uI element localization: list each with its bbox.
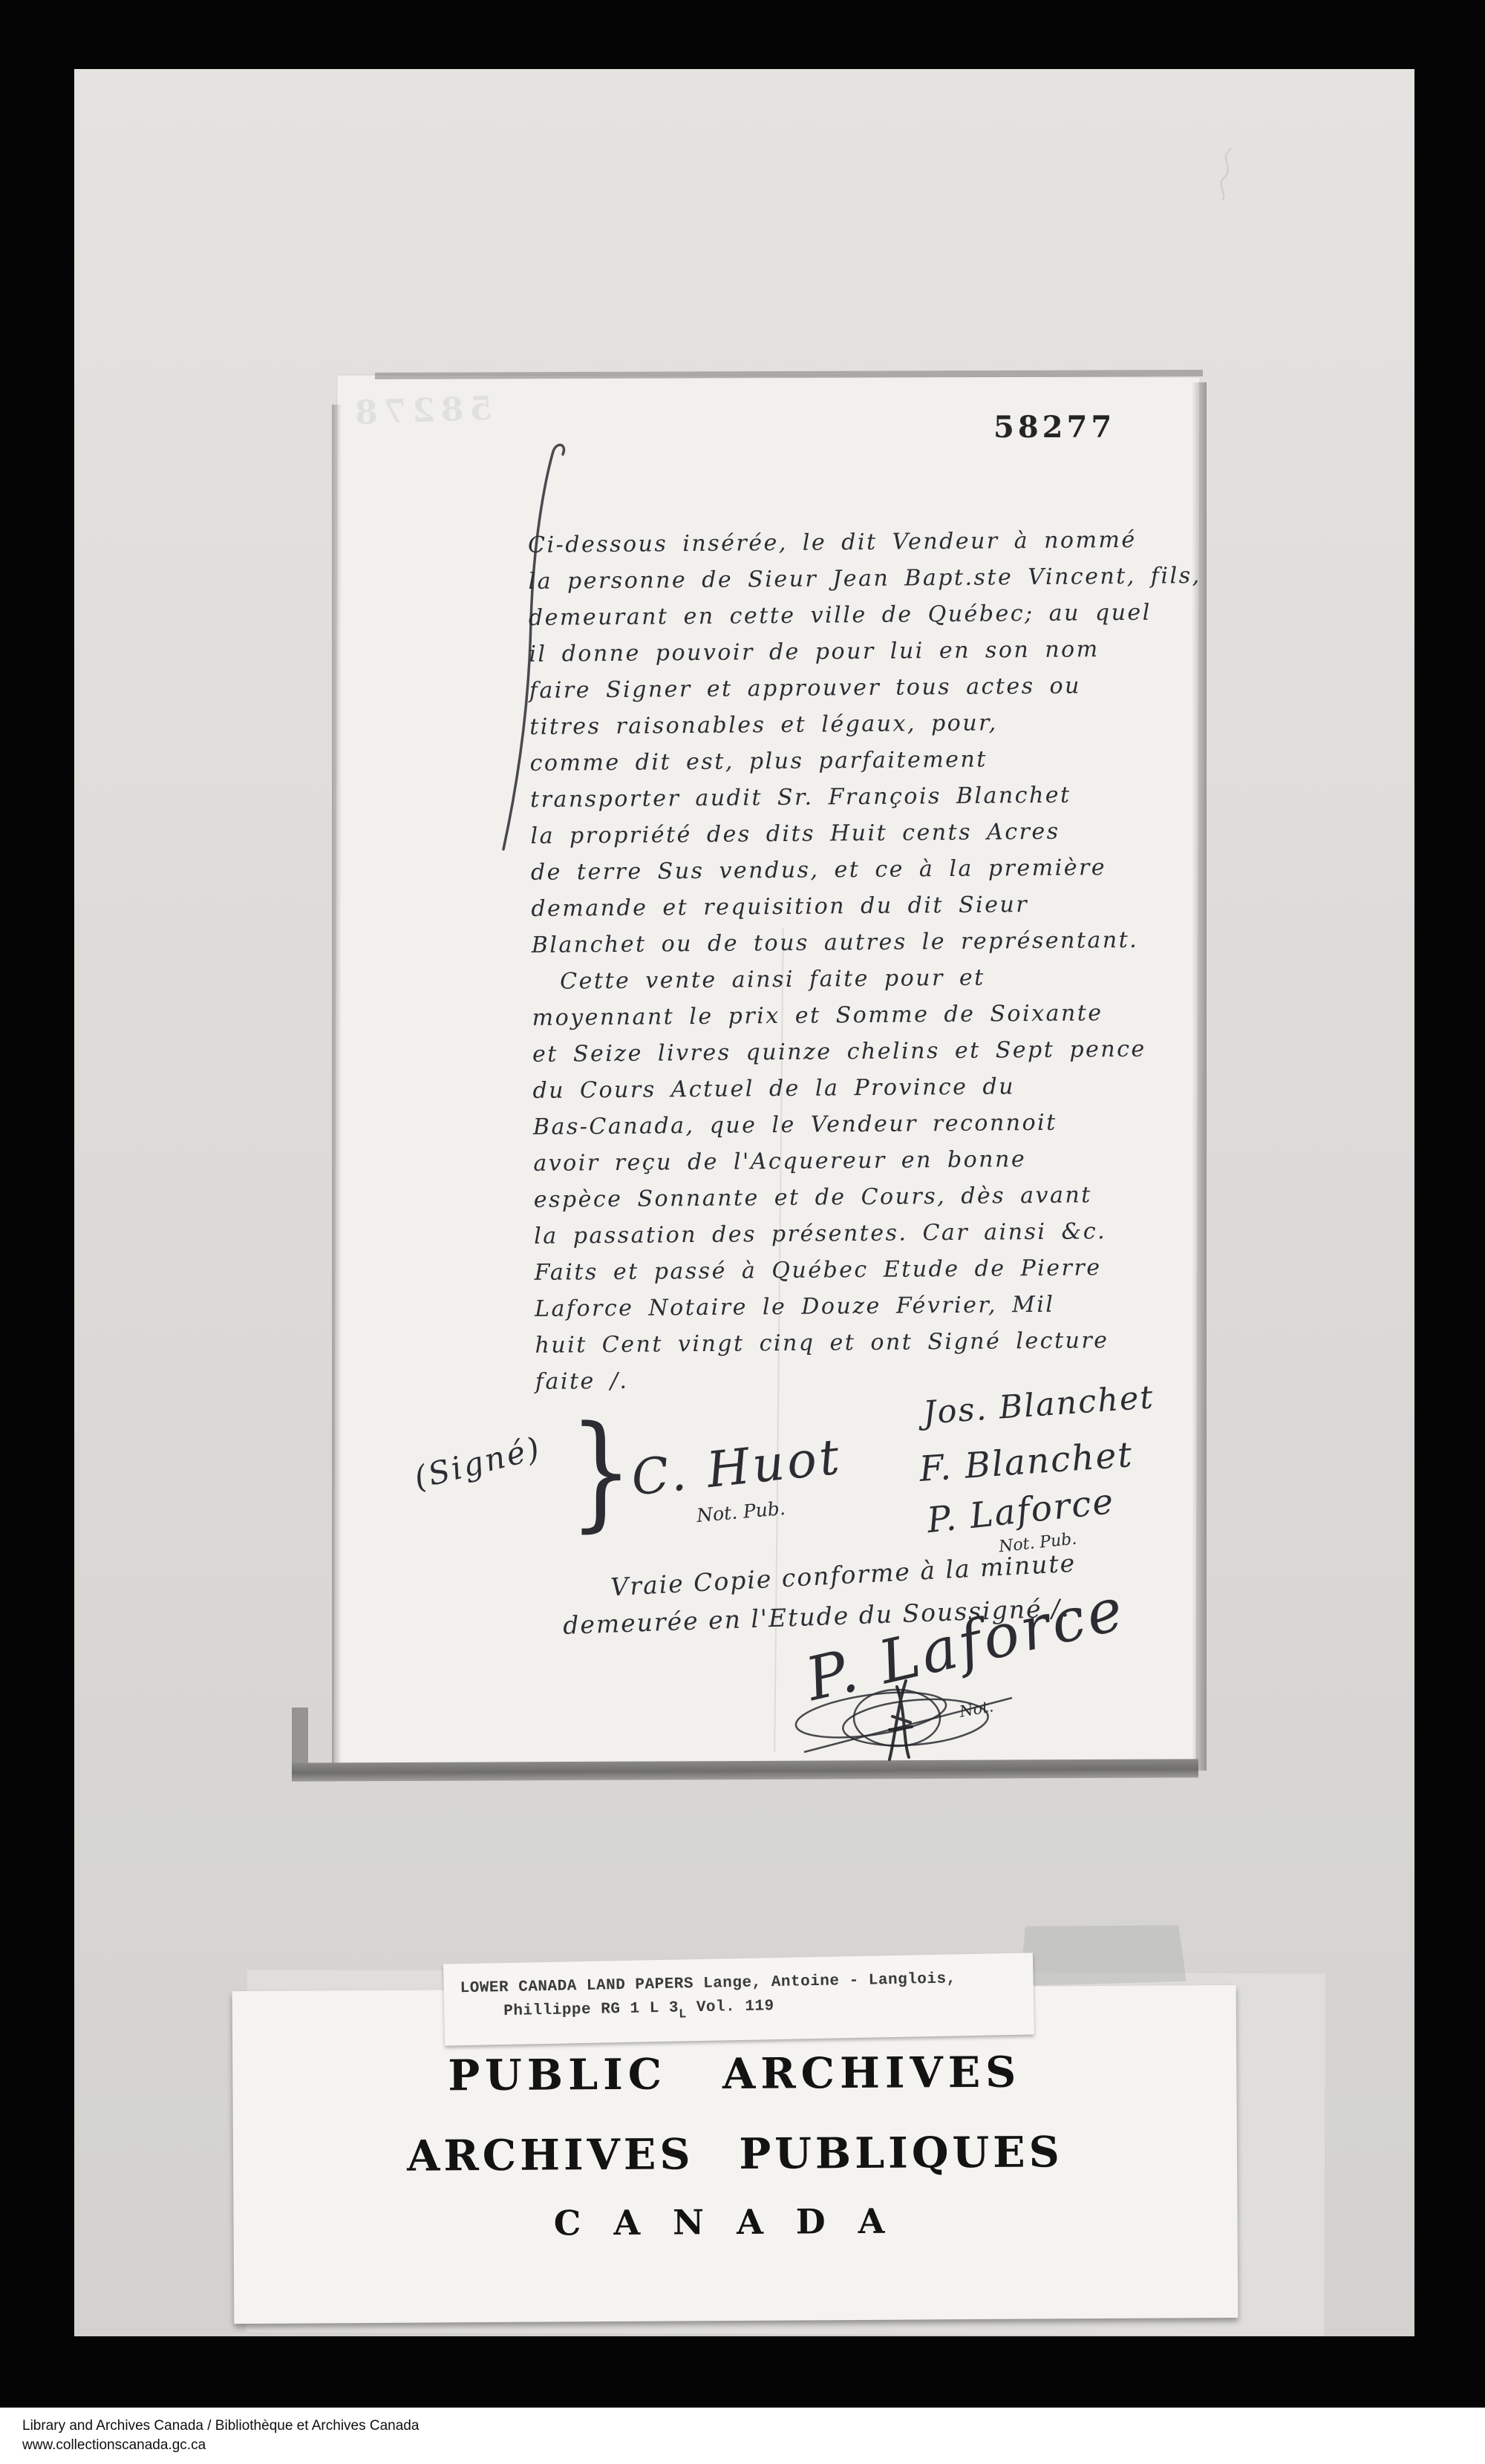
manuscript-line: moyennant le prix et Somme de Soixante [532,994,1200,1036]
ghost-number: 58278 [348,390,493,433]
manuscript-line: il donne pouvoir de pour lui en son nom [529,630,1197,673]
manuscript-line: faire Signer et approuver tous actes ou [529,667,1198,709]
footer-url: www.collectionscanada.gc.ca [22,2437,206,2454]
reference-label: LOWER CANADA LAND PAPERS Lange, Antoine … [443,1952,1034,2045]
card-line-canada: CANADA [233,2199,1237,2245]
manuscript-line: Ci-dessous insérée, le dit Vendeur à nom… [528,521,1196,563]
scanned-archive-image: 58278 58277 Ci-dessous insérée, le dit V… [0,0,1485,2464]
manuscript-line: titres raisonables et légaux, pour, [529,703,1198,745]
manuscript-line: espèce Sonnante et de Cours, dès avant [534,1176,1202,1218]
final-signature-flourish [786,1679,1031,1765]
reference-label-line-1: LOWER CANADA LAND PAPERS Lange, Antoine … [460,1970,956,1997]
manuscript-line: comme dit est, plus parfaitement [529,739,1198,782]
manuscript-line: demande et requisition du dit Sieur [531,885,1199,927]
card-line-public-archives: PUBLIC ARCHIVES [232,2046,1236,2102]
manuscript-line: Blanchet ou de tous autres le représenta… [532,921,1200,964]
footer: Library and Archives Canada / Bibliothèq… [0,2408,1485,2464]
reference-label-line-2: Phillippe RG 1 L 3L Vol. 119 [503,1998,774,2020]
footer-line-1: Library and Archives Canada / Bibliothèq… [22,2418,419,2434]
manuscript-line: Faits et passé à Québec Etude de Pierre [534,1249,1202,1291]
manuscript-line: de terre Sus vendus, et ce à la première [531,849,1199,891]
pencil-squiggle [1216,147,1238,203]
manuscript-line: la personne de Sieur Jean Bapt.ste Vince… [528,558,1196,600]
manuscript-text: Ci-dessous insérée, le dit Vendeur à nom… [528,521,1204,1400]
manuscript-line: la propriété des dits Huit cents Acres [530,812,1198,854]
tape-piece [1019,1922,1187,1986]
manuscript-line: avoir reçu de l'Acquereur en bonne [533,1140,1201,1182]
manuscript-line: Bas-Canada, que le Vendeur reconnoit [533,1103,1201,1146]
card-line-archives-publiques: ARCHIVES PUBLIQUES [233,2126,1237,2182]
stamp-number: 58277 [993,410,1115,445]
page-edge-bottom [292,1759,1198,1781]
signature-brace: } [569,1409,633,1534]
page-edge-corner [292,1708,308,1771]
manuscript-line: transporter audit Sr. François Blanchet [530,776,1198,818]
manuscript-line: Cette vente ainsi faite pour et [532,958,1200,1000]
reference-label-sub-mark: L [679,2007,687,2022]
manuscript-line: Laforce Notaire le Douze Février, Mil [535,1285,1203,1327]
manuscript-line: et Seize livres quinze chelins et Sept p… [532,1030,1201,1073]
manuscript-line: demeurant en cette ville de Québec; au q… [529,594,1197,636]
manuscript-line: la passation des présentes. Car ainsi &c… [534,1212,1202,1255]
manuscript-line: du Cours Actuel de la Province du [532,1067,1201,1109]
manuscript-line: huit Cent vingt cinq et ont Signé lectur… [535,1321,1203,1364]
page-edge-left [332,405,342,1767]
